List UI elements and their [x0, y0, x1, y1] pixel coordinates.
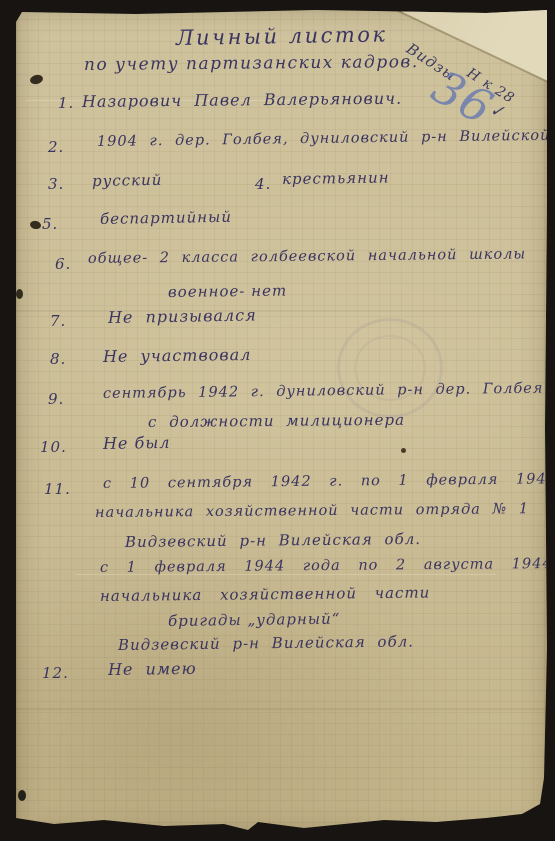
entry-5-num: 5.	[42, 215, 58, 233]
entry-11-cont-2: Видзевский р-н Вилейская обл.	[125, 530, 421, 551]
entry-11-cont-1: начальника хозяйственной части отряда № …	[95, 501, 529, 521]
entry-1-text: Назарович Павел Валерьянович.	[82, 89, 402, 111]
faint-round-stamp	[337, 318, 443, 418]
ink-blot	[16, 289, 23, 299]
entry-7-num: 7.	[50, 312, 66, 330]
form-title-line2: по учету партизанских кадров.	[84, 52, 419, 75]
entry-9-text: сентябрь 1942 г. дуниловский р-н дер. Го…	[103, 381, 544, 402]
entry-10-num: 10.	[40, 438, 67, 456]
entry-10-text: Не был	[103, 433, 171, 453]
entry-6-text: общее- 2 класса голбеевской начальной шк…	[88, 246, 526, 267]
entry-11-text: с 10 сентября 1942 г. по 1 февраля 1944 …	[103, 471, 555, 492]
entry-6-cont-1: военное- нет	[168, 282, 287, 301]
entry-2-text: 1904 г. дер. Голбея, дуниловский р-н Вил…	[97, 127, 555, 150]
entry-7-text: Не призывался	[108, 305, 257, 327]
entry-11-cont-5: бригады „ударный“	[168, 610, 341, 630]
entry-9-num: 9.	[48, 390, 64, 408]
entry-2-num: 2.	[48, 138, 64, 156]
entry-4-text: крестьянин	[282, 168, 390, 188]
punch-hole	[18, 790, 26, 801]
entry-8-text: Не участвовал	[103, 345, 252, 366]
entry-11-num: 11.	[44, 480, 71, 498]
entry-12-num: 12.	[42, 664, 69, 682]
entry-11-cont-4: начальника хозяйственной части	[100, 584, 430, 605]
entry-5-text: беспартийный	[100, 208, 232, 228]
entry-8-num: 8.	[50, 350, 66, 368]
entry-4-num: 4.	[255, 175, 271, 193]
ink-blot	[29, 220, 41, 230]
ink-blot	[29, 73, 44, 85]
entry-1-num: 1.	[58, 94, 74, 112]
entry-3-num: 3.	[48, 175, 64, 193]
entry-11-cont-6: Видзевский р-н Вилейская обл.	[118, 632, 414, 654]
scanned-document: Личный листок по учету партизанских кадр…	[0, 0, 555, 841]
entry-3-text: русский	[92, 171, 163, 190]
entry-6-num: 6.	[55, 255, 71, 273]
entry-9-cont-1: с должности милиционера	[148, 411, 405, 431]
checkmark-annotation: ✓	[488, 100, 507, 123]
entry-12-text: Не имею	[108, 659, 197, 679]
document-page: Личный листок по учету партизанских кадр…	[16, 8, 547, 834]
entry-11-cont-3: с 1 февраля 1944 года по 2 августа 1944 …	[100, 556, 555, 576]
ink-spot	[401, 448, 406, 453]
form-title-line1: Личный листок	[176, 22, 388, 50]
